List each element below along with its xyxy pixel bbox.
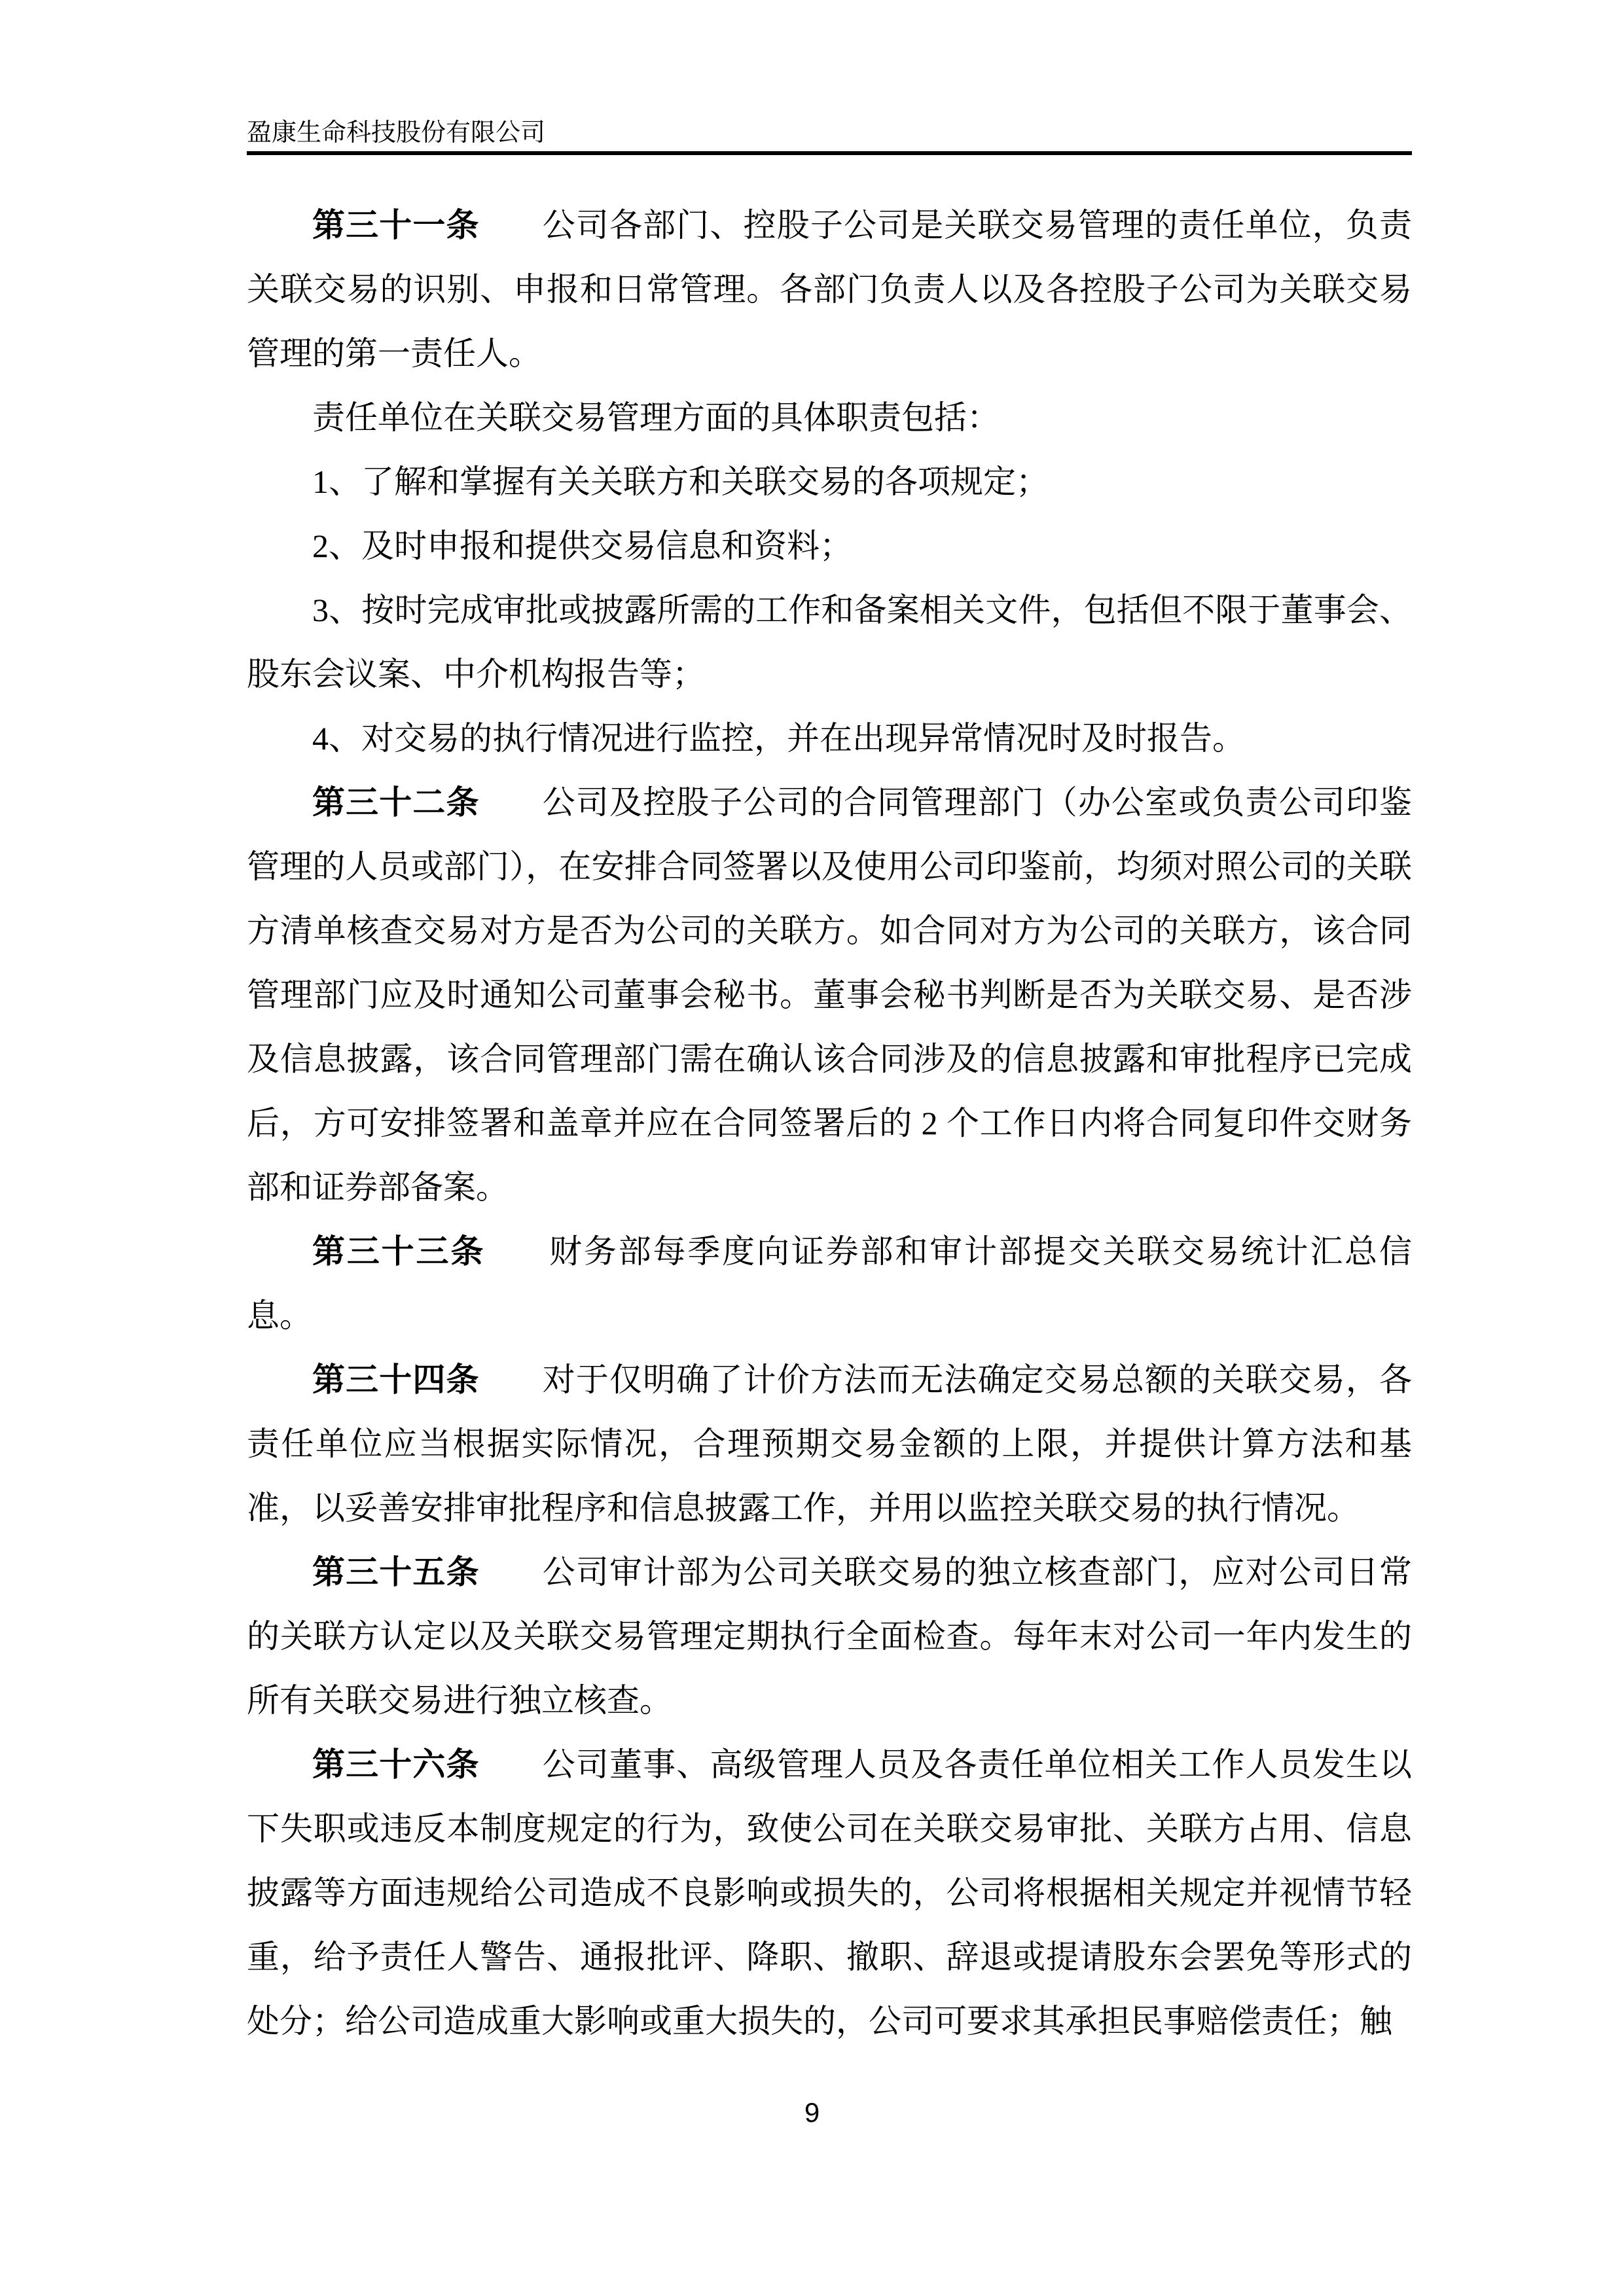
document-body: 第三十一条公司各部门、控股子公司是关联交易管理的责任单位，负责关联交易的识别、申… [247,193,1412,2053]
company-name: 盈康生命科技股份有限公司 [247,119,545,147]
paragraph-text: 1、了解和掌握有关关联方和关联交易的各项规定； [312,463,1049,500]
article-number: 第三十三条 [312,1233,485,1270]
article-number: 第三十四条 [312,1361,480,1398]
paragraph-text: 公司董事、高级管理人员及各责任单位相关工作人员发生以下失职或违反本制度规定的行为… [247,1746,1412,2039]
article-number: 第三十二条 [312,784,480,821]
paragraph: 第三十三条财务部每季度向证券部和审计部提交关联交易统计汇总信息。 [247,1219,1412,1348]
paragraph: 第三十六条公司董事、高级管理人员及各责任单位相关工作人员发生以下失职或违反本制度… [247,1732,1412,2053]
paragraph: 第三十一条公司各部门、控股子公司是关联交易管理的责任单位，负责关联交易的识别、申… [247,193,1412,386]
page-header: 盈康生命科技股份有限公司 [247,120,1412,155]
paragraph-text: 3、按时完成审批或披露所需的工作和备案相关文件，包括但不限于董事会、股东会议案、… [247,592,1412,692]
paragraph: 第三十二条公司及控股子公司的合同管理部门（办公室或负责公司印鉴管理的人员或部门）… [247,770,1412,1219]
paragraph: 3、按时完成审批或披露所需的工作和备案相关文件，包括但不限于董事会、股东会议案、… [247,578,1412,706]
paragraph: 责任单位在关联交易管理方面的具体职责包括： [247,386,1412,450]
paragraph: 1、了解和掌握有关关联方和关联交易的各项规定； [247,450,1412,514]
paragraph: 4、对交易的执行情况进行监控，并在出现异常情况时及时报告。 [247,706,1412,770]
paragraph: 第三十五条公司审计部为公司关联交易的独立核查部门，应对公司日常的关联方认定以及关… [247,1540,1412,1732]
document-page: 盈康生命科技股份有限公司 第三十一条公司各部门、控股子公司是关联交易管理的责任单… [0,0,1624,2296]
paragraph: 第三十四条对于仅明确了计价方法而无法确定交易总额的关联交易，各责任单位应当根据实… [247,1348,1412,1540]
article-number: 第三十五条 [312,1554,480,1590]
paragraph-text: 4、对交易的执行情况进行监控，并在出现异常情况时及时报告。 [312,720,1245,757]
paragraph: 2、及时申报和提供交易信息和资料； [247,514,1412,578]
paragraph-text: 责任单位在关联交易管理方面的具体职责包括： [312,399,1000,436]
paragraph-text: 2、及时申报和提供交易信息和资料； [312,528,852,564]
article-number: 第三十六条 [312,1746,480,1783]
page-footer: 9 [0,2098,1624,2128]
page-number: 9 [804,2097,820,2128]
article-number: 第三十一条 [312,207,480,243]
paragraph-text: 公司及控股子公司的合同管理部门（办公室或负责公司印鉴管理的人员或部门），在安排合… [247,784,1412,1206]
